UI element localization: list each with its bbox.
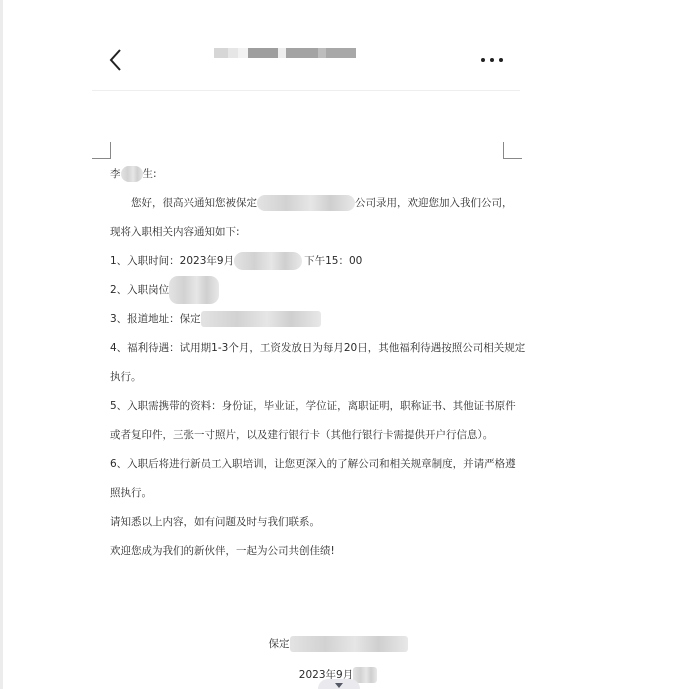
redacted-address: [201, 311, 321, 327]
redacted-name: [121, 166, 143, 182]
item-2-position: 2、入职岗位: [110, 276, 510, 305]
offer-letter-body: 李生: 您好，很高兴通知您被保定公司录用，欢迎您加入我们公司， 现将入职相关内容…: [110, 160, 510, 566]
page-corner-mark-right: [503, 142, 522, 159]
redacted-signature-date: [353, 667, 377, 683]
redacted-date: [234, 252, 302, 270]
item-4-benefits-cont: 执行。: [110, 363, 510, 392]
redacted-position: [169, 276, 219, 304]
more-options-button[interactable]: [478, 48, 506, 72]
item-4-benefits: 4、福利待遇：试用期1-3个月，工资发放日为每月20日，其他福利待遇按照公司相关…: [110, 334, 510, 363]
item-3-address: 3、报道地址：保定: [110, 305, 510, 334]
back-button[interactable]: [106, 46, 126, 74]
signature-company: 保定: [0, 636, 676, 652]
intro-line: 现将入职相关内容通知如下:: [110, 218, 510, 247]
salutation: 李生:: [110, 160, 510, 189]
closing-welcome: 欢迎您成为我们的新伙伴，一起为公司共创佳绩!: [110, 537, 510, 566]
redacted-signature-company: [290, 636, 408, 652]
redacted-company: [257, 195, 355, 211]
item-6-training: 6、入职后将进行新员工入职培训，让您更深入的了解公司和相关规章制度，并请严格遵: [110, 450, 510, 479]
item-5-documents-cont: 或者复印件，三张一寸照片，以及建行银行卡（其他行银行卡需提供开户行信息）。: [110, 421, 510, 450]
item-1-start-time: 1、入职时间：2023年9月下午15：00: [110, 247, 510, 276]
top-navigation-bar: [92, 30, 520, 91]
greeting: 您好，很高兴通知您被保定公司录用，欢迎您加入我们公司，: [110, 189, 510, 218]
item-6-training-cont: 照执行。: [110, 479, 510, 508]
item-5-documents: 5、入职需携带的资料：身份证，毕业证，学位证，离职证明，职称证书、其他证书原件: [110, 392, 510, 421]
document-title-redacted: [214, 48, 356, 58]
chevron-left-icon: [106, 46, 126, 74]
scroll-down-handle[interactable]: [318, 679, 360, 689]
more-horizontal-icon: [478, 48, 506, 72]
closing-note: 请知悉以上内容，如有问题及时与我们联系。: [110, 508, 510, 537]
window-edge: [0, 0, 3, 689]
caret-down-icon: [335, 683, 343, 688]
page-corner-mark-left: [92, 142, 111, 159]
